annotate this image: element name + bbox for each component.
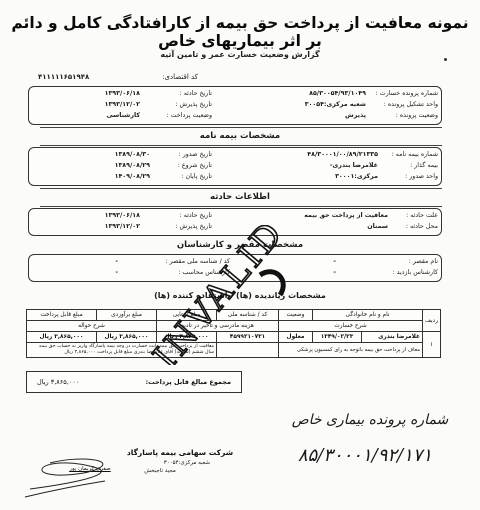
claim-accident-date-value: ۱۳۹۳/۰۶/۱۸ (105, 90, 140, 97)
file-unit-label: واحد تشکیل پرونده : (368, 101, 438, 108)
handwritten-label: شماره پرونده بیماری خاص (290, 412, 450, 428)
header-estimated: مبلغ برآوردی (97, 310, 157, 321)
row-payable: ۳,۸۶۵,۰۰۰ ریال (27, 332, 97, 343)
total-payable-value: ۳,۸۶۵,۰۰۰ ریال (37, 378, 79, 386)
start-date-value: ۱۳۸۹/۰۸/۲۹ (115, 162, 150, 169)
table-subheader-row: شرح خسارت هزینه مادرسی و تاخیر در تادیه … (27, 321, 441, 332)
row-damage-description: معاف از پرداخت حق بیمه باتوجه به رای کمس… (279, 343, 423, 358)
file-status-value: پذیرش (345, 112, 366, 119)
policy-number-label: شماره بیمه نامه : (380, 151, 438, 158)
culprit-national-id-value: - (115, 258, 118, 265)
handwritten-file-number: ۸۵/۳۰۰۰۱/۹۲/۱۷۱ (280, 445, 450, 466)
issue-date-value: ۱۳۸۹/۰۸/۳۰ (115, 151, 150, 158)
subheader-remittance: شرح حواله (27, 321, 157, 332)
header-claimed: مبلغ ادعایی (157, 310, 217, 321)
economic-code-label: کد اقتصادی: (162, 73, 198, 81)
accident-location-row: محل حادثه : سمنان (367, 223, 438, 230)
claim-acceptance-date-row: تاریخ پذیرش : ۱۳۹۳/۱۲/۰۲ (105, 101, 212, 108)
issuing-unit-row: واحد صدور : مرکزی:۳۰۰۰۱ (335, 173, 438, 180)
header-national-id: کد / شناسه ملی (217, 310, 279, 321)
accident-section-title: اطلاعات حادثه (40, 192, 440, 202)
claim-accident-date-label: تاریخ حادثه : (142, 90, 212, 97)
row-fees-empty (217, 343, 279, 358)
accident-acceptance-date-value: ۱۳۹۳/۱۲/۰۲ (105, 223, 140, 230)
accident-location-label: محل حادثه : (390, 223, 438, 230)
divider (40, 206, 442, 207)
row-name: غلامرضا بندری (361, 332, 422, 343)
accident-date-row: تاریخ حادثه : ۱۳۹۳/۰۶/۱۸ (105, 212, 212, 219)
page-title: نمونه معافیت از پرداخت حق بیمه از کارافت… (8, 14, 472, 50)
row-status: معلول (279, 332, 313, 343)
accident-location-value: سمنان (367, 223, 388, 230)
issuing-unit-value: مرکزی:۳۰۰۰۱ (335, 173, 378, 180)
company-name: شرکت سهامی بیمه پاسارگاد (100, 448, 260, 457)
accident-acceptance-date-label: تاریخ پذیرش : (142, 223, 212, 230)
claim-acceptance-date-label: تاریخ پذیرش : (142, 101, 212, 108)
row-birth-date: ۱۳۴۹/۰۲/۲۳ (313, 332, 362, 343)
header-payable: مبلغ قابل پرداخت (27, 310, 97, 321)
policyholder-label: بیمه گذار : (380, 162, 438, 169)
file-unit-value: شعبه مرکزی:۳۰۰۵۴ (305, 101, 366, 108)
file-status-label: وضعیت پرونده : (368, 112, 438, 119)
accountant-value: - (115, 269, 118, 276)
accident-cause-label: علت حادثه : (390, 212, 438, 219)
row-claimed: ۳,۸۶۵,۰۰۰ ریال (157, 332, 217, 343)
start-date-label: تاریخ شروع : (152, 162, 212, 169)
policy-number-value: ۴۸/۳۰۰۰۱/۰۰/۸۹/۲۱۳۳۵ (307, 151, 378, 158)
table-row-detail: معاف از پرداخت حق بیمه باتوجه به رای کمس… (27, 343, 441, 358)
header-status: وضعیت (279, 310, 313, 321)
total-payable-box: مجموع مبالغ قابل پرداخت: ۳,۸۶۵,۰۰۰ ریال (26, 371, 242, 393)
end-date-row: تاریخ پایان : ۱۴۰۹/۰۸/۲۹ (115, 173, 212, 180)
culprit-national-id-label: کد / شناسه ملی مقصر : (120, 258, 230, 265)
header-index: ردیف (423, 310, 441, 332)
total-payable-label: مجموع مبالغ قابل پرداخت: (145, 378, 231, 386)
row-index: ۱ (423, 332, 441, 358)
economic-code-value: ۴۱۱۱۱۱۶۵۱۹۴۸ (38, 73, 89, 81)
culprit-name-label: نام مقصر : (338, 258, 438, 265)
culprit-name-value: - (333, 258, 336, 265)
divider (40, 127, 442, 128)
report-subtitle: گزارش وضعیت خسارت عمر و تامین آتیه (140, 50, 340, 59)
claim-acceptance-date-value: ۱۳۹۳/۱۲/۰۲ (105, 101, 140, 108)
officer-name: مجید تاجبخش (130, 468, 190, 474)
divider (40, 188, 442, 189)
economic-code: کد اقتصادی: ۴۱۱۱۱۱۶۵۱۹۴۸ (38, 73, 198, 81)
issue-date-row: تاریخ صدور : ۱۳۸۹/۰۸/۳۰ (115, 151, 212, 158)
policy-number-row: شماره بیمه نامه : ۴۸/۳۰۰۰۱/۰۰/۸۹/۲۱۳۳۵ (307, 151, 438, 158)
payment-status-row: وضعیت پرداخت : کارشناسی (107, 112, 212, 119)
file-status-row: وضعیت پرونده : پذیرش (345, 112, 438, 119)
accident-cause-value: معافیت از پرداخت حق بیمه (304, 212, 388, 219)
inspector-label: کارشناس بازدید : (338, 269, 438, 276)
claim-accident-date-row: تاریخ حادثه : ۱۳۹۳/۰۶/۱۸ (105, 90, 212, 97)
signature-scribble (20, 455, 120, 505)
header-name: نام و نام خانوادگی (313, 310, 423, 321)
row-remittance-description: معافیت از پرداخت حق بیمه بابت خسارت در و… (27, 343, 217, 358)
policyholder-value: غلامرضا بندری- (330, 162, 378, 169)
accident-date-label: تاریخ حادثه : (142, 212, 212, 219)
accountant-row: کارشناس محاسب : - (115, 269, 230, 276)
document-page: نمونه معافیت از پرداخت حق بیمه از کارافت… (0, 0, 480, 510)
end-date-label: تاریخ پایان : (152, 173, 212, 180)
table-row: ۱ غلامرضا بندری ۱۳۴۹/۰۲/۲۳ معلول ۴۵۹۹۲۱۰… (27, 332, 441, 343)
accident-cause-row: علت حادثه : معافیت از پرداخت حق بیمه (304, 212, 438, 219)
inspector-value: - (333, 269, 336, 276)
end-date-value: ۱۴۰۹/۰۸/۲۹ (115, 173, 150, 180)
row-national-id: ۴۵۹۹۲۱۰۷۳۱ (217, 332, 279, 343)
payment-status-label: وضعیت پرداخت : (142, 112, 212, 119)
policyholder-row: بیمه گذار : غلامرضا بندری- (330, 162, 438, 169)
payment-status-value: کارشناسی (107, 112, 140, 119)
row-estimated: ۳,۸۶۵,۰۰۰ ریال (97, 332, 157, 343)
accident-date-value: ۱۳۹۳/۰۶/۱۸ (105, 212, 140, 219)
file-number-row: شماره پرونده خسارت : ۸۵/۳۰۰۵۴/۹۳/۱۰۴۹ (309, 90, 438, 97)
file-number-label: شماره پرونده خسارت : (368, 90, 438, 97)
beneficiaries-table: ردیف نام و نام خانوادگی وضعیت کد / شناسه… (26, 309, 441, 358)
file-unit-row: واحد تشکیل پرونده : شعبه مرکزی:۳۰۰۵۴ (305, 101, 438, 108)
divider (40, 145, 442, 146)
file-number-value: ۸۵/۳۰۰۵۴/۹۳/۱۰۴۹ (309, 90, 366, 97)
inspector-row: کارشناس بازدید : - (333, 269, 438, 276)
issuing-unit-label: واحد صدور : (380, 173, 438, 180)
issue-date-label: تاریخ صدور : (152, 151, 212, 158)
table-header-row: ردیف نام و نام خانوادگی وضعیت کد / شناسه… (27, 310, 441, 321)
culprit-national-id-row: کد / شناسه ملی مقصر : - (115, 258, 230, 265)
beneficiaries-section-title: مشخصات زیاندیده (ها) / استفاده کننده (ها… (40, 291, 440, 300)
policy-section-title: مشخصات بیمه نامه (40, 131, 440, 141)
start-date-row: تاریخ شروع : ۱۳۸۹/۰۸/۲۹ (115, 162, 212, 169)
culprit-name-row: نام مقصر : - (333, 258, 438, 265)
subheader-damage: شرح خسارت (279, 321, 423, 332)
culprit-section-title: مشخصات مقصر و کارشناسان (40, 240, 440, 250)
accident-acceptance-date-row: تاریخ پذیرش : ۱۳۹۳/۱۲/۰۲ (105, 223, 212, 230)
subheader-fees: هزینه مادرسی و تاخیر در تادیه (157, 321, 279, 332)
scan-speck (444, 58, 447, 61)
accountant-label: کارشناس محاسب : (120, 269, 230, 276)
